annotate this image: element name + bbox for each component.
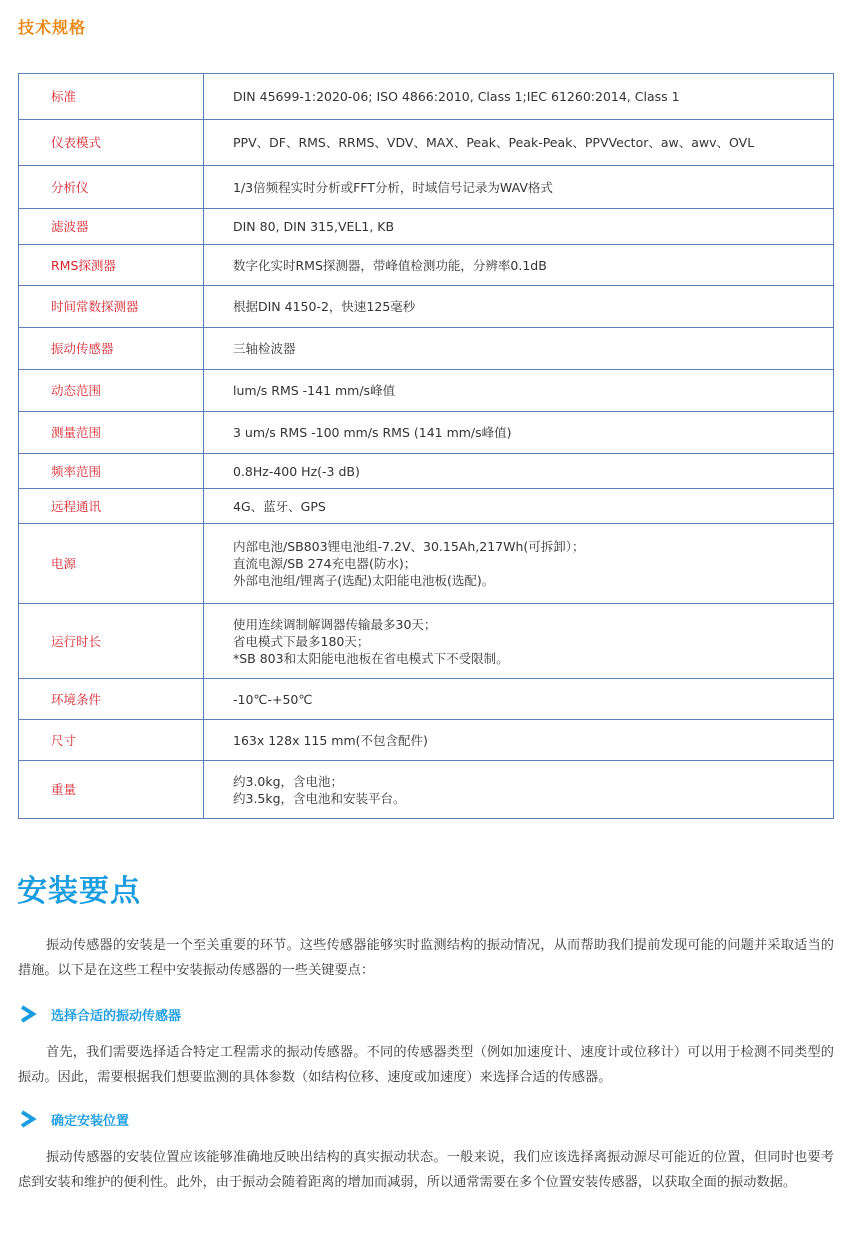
point-heading-label: 选择合适的振动传感器 (51, 1005, 181, 1024)
spec-value: 约3.0kg，含电池； 约3.5kg，含电池和安装平台。 (204, 761, 834, 819)
point-heading-select-sensor: 选择合适的振动传感器 (18, 1004, 181, 1024)
spec-value: lum/s RMS -141 mm/s峰值 (204, 370, 834, 412)
spec-table: 标准DIN 45699-1:2020-06; ISO 4866:2010, Cl… (18, 73, 834, 819)
spec-label: 电源 (19, 524, 204, 604)
install-section-title: 安装要点 (17, 866, 141, 910)
spec-value: 0.8Hz-400 Hz(-3 dB) (204, 454, 834, 489)
spec-value: 根据DIN 4150-2，快速125毫秒 (204, 286, 834, 328)
spec-value: DIN 45699-1:2020-06; ISO 4866:2010, Clas… (204, 74, 834, 120)
spec-label: 环境条件 (19, 679, 204, 720)
spec-label: 时间常数探测器 (19, 286, 204, 328)
table-row: 分析仪1/3倍频程实时分析或FFT分析，时域信号记录为WAV格式 (19, 166, 834, 209)
install-intro-paragraph: 振动传感器的安装是一个至关重要的环节。这些传感器能够实时监测结构的振动情况，从而… (18, 933, 834, 983)
point-body-install-position: 振动传感器的安装位置应该能够准确地反映出结构的真实振动状态。一般来说，我们应该选… (18, 1145, 834, 1195)
spec-value: 163x 128x 115 mm(不包含配件) (204, 720, 834, 761)
spec-value: 1/3倍频程实时分析或FFT分析，时域信号记录为WAV格式 (204, 166, 834, 209)
table-row: 远程通讯4G、蓝牙、GPS (19, 489, 834, 524)
table-row: 频率范围0.8Hz-400 Hz(-3 dB) (19, 454, 834, 489)
spec-value: 三轴检波器 (204, 328, 834, 370)
point-body-select-sensor: 首先，我们需要选择适合特定工程需求的振动传感器。不同的传感器类型（例如加速度计、… (18, 1040, 834, 1090)
spec-label: 振动传感器 (19, 328, 204, 370)
spec-label: 分析仪 (19, 166, 204, 209)
table-row: 滤波器DIN 80, DIN 315,VEL1, KB (19, 209, 834, 245)
point-heading-install-position: 确定安装位置 (18, 1109, 129, 1129)
spec-label: 尺寸 (19, 720, 204, 761)
table-row: 电源内部电池/SB803锂电池组-7.2V、30.15Ah,217Wh(可拆卸）… (19, 524, 834, 604)
table-row: 重量约3.0kg，含电池； 约3.5kg，含电池和安装平台。 (19, 761, 834, 819)
table-row: 环境条件-10℃-+50℃ (19, 679, 834, 720)
table-row: 标准DIN 45699-1:2020-06; ISO 4866:2010, Cl… (19, 74, 834, 120)
spec-label: 仪表模式 (19, 120, 204, 166)
spec-value: -10℃-+50℃ (204, 679, 834, 720)
table-row: 时间常数探测器根据DIN 4150-2，快速125毫秒 (19, 286, 834, 328)
spec-label: 滤波器 (19, 209, 204, 245)
table-row: 仪表模式PPV、DF、RMS、RRMS、VDV、MAX、Peak、Peak-Pe… (19, 120, 834, 166)
spec-value: 数字化实时RMS探测器，带峰值检测功能，分辨率0.1dB (204, 245, 834, 286)
spec-section-title: 技术规格 (18, 15, 86, 38)
spec-label: 测量范围 (19, 412, 204, 454)
spec-value: 内部电池/SB803锂电池组-7.2V、30.15Ah,217Wh(可拆卸）； … (204, 524, 834, 604)
chevron-right-icon (18, 1004, 38, 1024)
spec-label: 远程通讯 (19, 489, 204, 524)
table-row: RMS探测器数字化实时RMS探测器，带峰值检测功能，分辨率0.1dB (19, 245, 834, 286)
spec-label: 标准 (19, 74, 204, 120)
table-row: 振动传感器三轴检波器 (19, 328, 834, 370)
table-row: 测量范围3 um/s RMS -100 mm/s RMS (141 mm/s峰值… (19, 412, 834, 454)
table-row: 运行时长使用连续调制解调器传输最多30天； 省电模式下最多180天； *SB 8… (19, 604, 834, 679)
spec-value: 使用连续调制解调器传输最多30天； 省电模式下最多180天； *SB 803和太… (204, 604, 834, 679)
spec-label: 频率范围 (19, 454, 204, 489)
table-row: 动态范围lum/s RMS -141 mm/s峰值 (19, 370, 834, 412)
spec-value: PPV、DF、RMS、RRMS、VDV、MAX、Peak、Peak-Peak、P… (204, 120, 834, 166)
spec-value: 3 um/s RMS -100 mm/s RMS (141 mm/s峰值) (204, 412, 834, 454)
point-heading-label: 确定安装位置 (51, 1110, 129, 1129)
spec-value: 4G、蓝牙、GPS (204, 489, 834, 524)
spec-label: 重量 (19, 761, 204, 819)
spec-label: 运行时长 (19, 604, 204, 679)
chevron-right-icon (18, 1109, 38, 1129)
spec-value: DIN 80, DIN 315,VEL1, KB (204, 209, 834, 245)
spec-label: RMS探测器 (19, 245, 204, 286)
table-row: 尺寸163x 128x 115 mm(不包含配件) (19, 720, 834, 761)
spec-label: 动态范围 (19, 370, 204, 412)
